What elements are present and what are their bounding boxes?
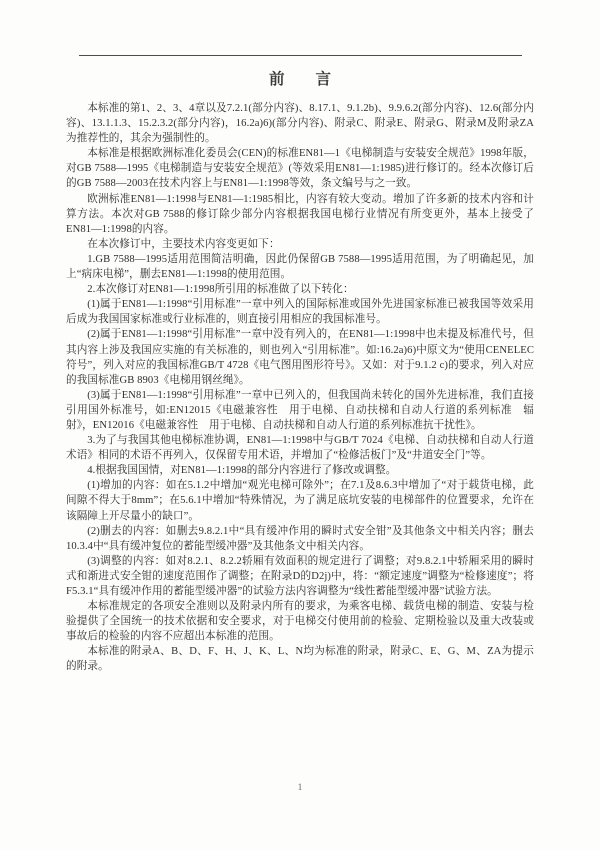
paragraph: (2)删去的内容：如删去9.8.2.1中“具有缓冲作用的瞬时式安全钳”及其他条文… — [66, 524, 534, 554]
paragraph: (2)属于EN81—1:1998“引用标准”一章中没有列入的，在EN81—1:1… — [66, 327, 534, 387]
paragraph: 本标准的第1、2、3、4章以及7.2.1(部分内容)、8.17.1、9.1.2b… — [66, 101, 534, 146]
paragraph: 本标准是根据欧洲标准化委员会(CEN)的标准EN81—1《电梯制造与安装安全规范… — [66, 146, 534, 191]
paragraph: (3)属于EN81—1:1998“引用标准”一章中已列入的，但我国尚未转化的国外… — [66, 388, 534, 433]
paragraph: 1.GB 7588—1995适用范围简洁明确，因此仍保留GB 7588—1995… — [66, 252, 534, 282]
paragraph: (3)调整的内容：如对8.2.1、8.2.2轿厢有效面积的规定进行了调整；对9.… — [66, 554, 534, 599]
page-number: 1 — [0, 783, 600, 793]
document-page: 前 言 本标准的第1、2、3、4章以及7.2.1(部分内容)、8.17.1、9.… — [0, 0, 600, 850]
paragraph: 本标准的附录A、B、D、F、H、J、K、L、N均为标准的附录，附录C、E、G、M… — [66, 644, 534, 674]
paragraph: 2.本次修订对EN81—1:1998所引用的标准做了以下转化： — [66, 282, 534, 297]
paragraph: 在本次修订中，主要技术内容变更如下： — [66, 237, 534, 252]
page-title: 前 言 — [0, 67, 600, 89]
paragraph: 3.为了与我国其他电梯标准协调，EN81—1:1998中与GB/T 7024《电… — [66, 433, 534, 463]
paragraph: (1)增加的内容：如在5.1.2中增加“观光电梯可除外”；在7.1及8.6.3中… — [66, 478, 534, 523]
paragraph: 4.根据我国国情，对EN81—1:1998的部分内容进行了修改或调整。 — [66, 463, 534, 478]
document-body: 本标准的第1、2、3、4章以及7.2.1(部分内容)、8.17.1、9.1.2b… — [66, 101, 534, 675]
header-rule — [79, 55, 522, 56]
paragraph: 本标准规定的各项安全准则以及附录内所有的要求，为乘客电梯、载货电梯的制造、安装与… — [66, 599, 534, 644]
paragraph: 欧洲标准EN81—1:1998与EN81—1:1985相比，内容有较大变动。增加… — [66, 192, 534, 237]
paragraph: (1)属于EN81—1:1998“引用标准”一章中列入的国际标准或国外先进国家标… — [66, 297, 534, 327]
